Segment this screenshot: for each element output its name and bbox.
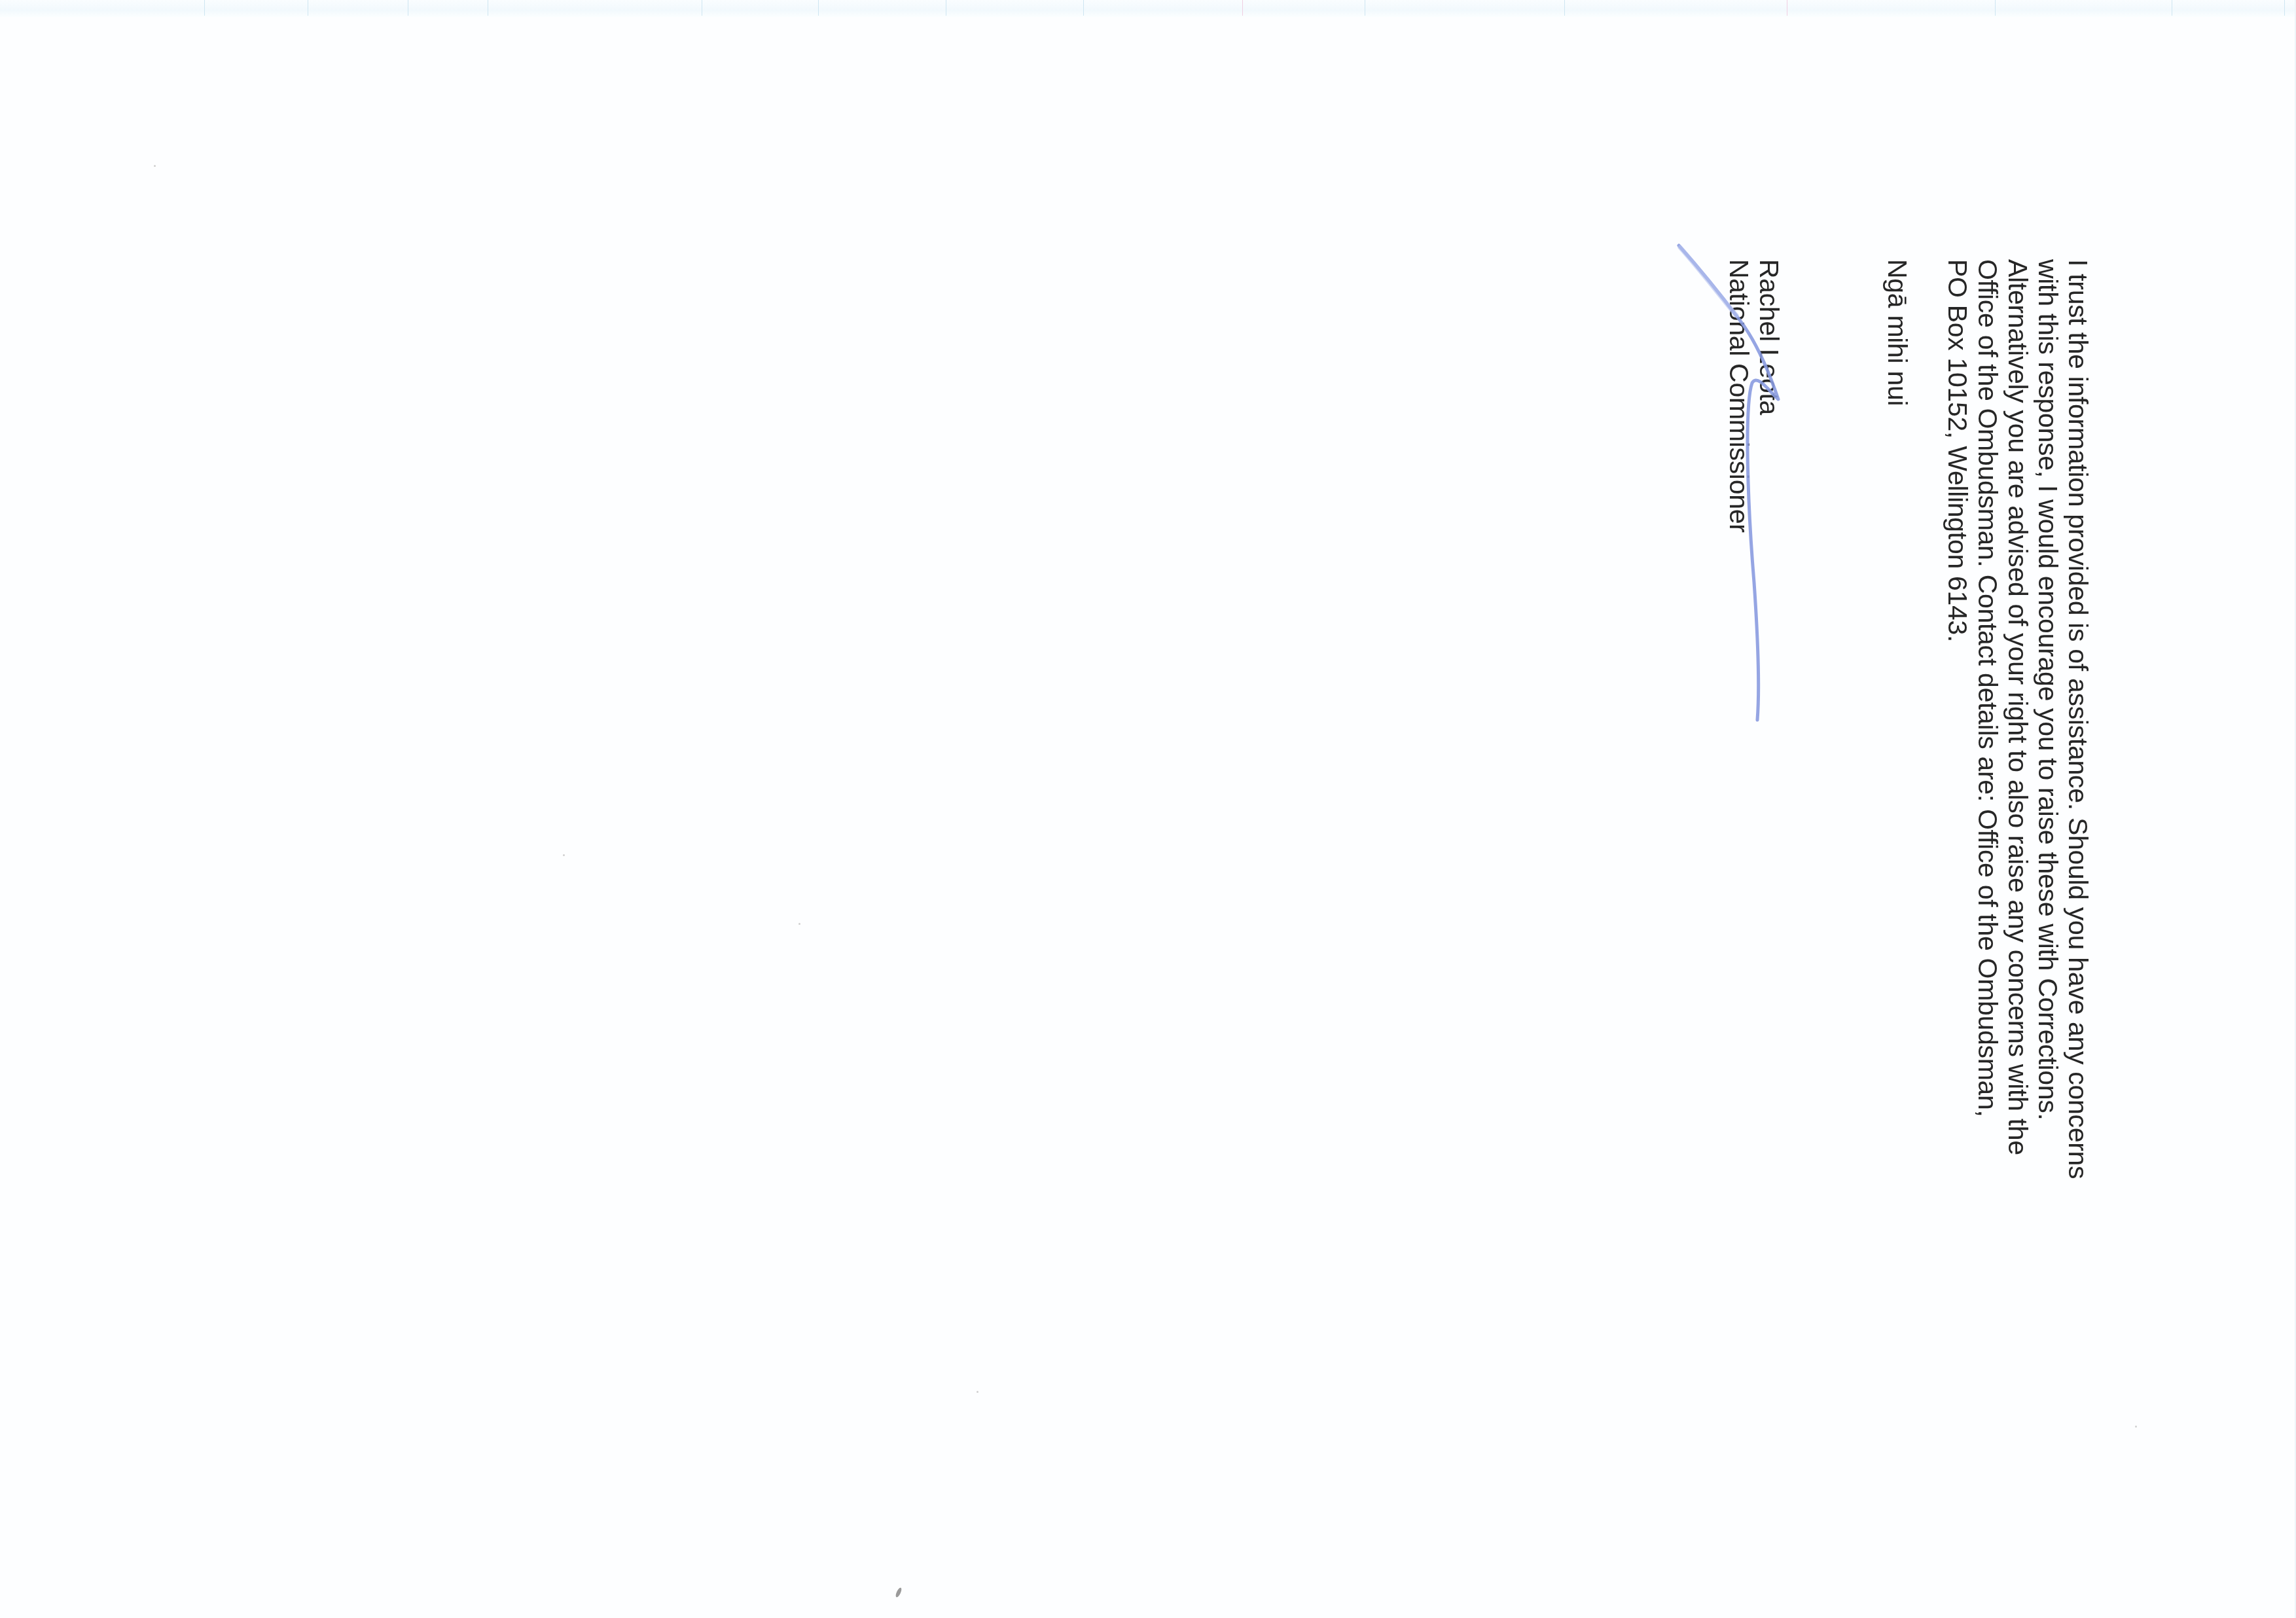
scan-line [702,0,702,16]
scan-line [1564,0,1565,16]
scan-line [2172,0,2172,16]
closing-salutation: Ngā mihi nui [1882,259,1912,1179]
scan-speck [895,1587,903,1598]
scan-line [408,0,408,16]
body-line: Office of the Ombudsman. Contact details… [1973,259,2003,1179]
scan-line [204,0,205,16]
scan-speck [798,923,800,925]
scan-line [2284,0,2285,16]
scan-speck [563,854,565,856]
scan-line [1083,0,1084,16]
body-line: Alternatively you are advised of your ri… [2003,259,2033,1179]
scan-line [946,0,946,16]
scan-speck [977,1391,978,1393]
scan-line [1787,0,1787,16]
body-line: PO Box 10152, Wellington 6143. [1943,259,1973,1179]
handwritten-signature [1666,242,1784,727]
body-line: with this response, I would encourage yo… [2033,259,2063,1179]
scan-artifact-top-edge [0,0,2296,17]
scan-speck [2135,1426,2137,1428]
scan-line [1995,0,1996,16]
scan-line [1365,0,1365,16]
scan-speck [154,165,156,167]
body-line: I trust the information provided is of a… [2063,259,2093,1179]
scan-line [488,0,488,16]
scan-line [818,0,819,16]
body-paragraph: I trust the information provided is of a… [1943,259,2093,1179]
signature-space [1784,259,1882,1179]
scan-line [308,0,308,16]
scan-line [1242,0,1243,16]
